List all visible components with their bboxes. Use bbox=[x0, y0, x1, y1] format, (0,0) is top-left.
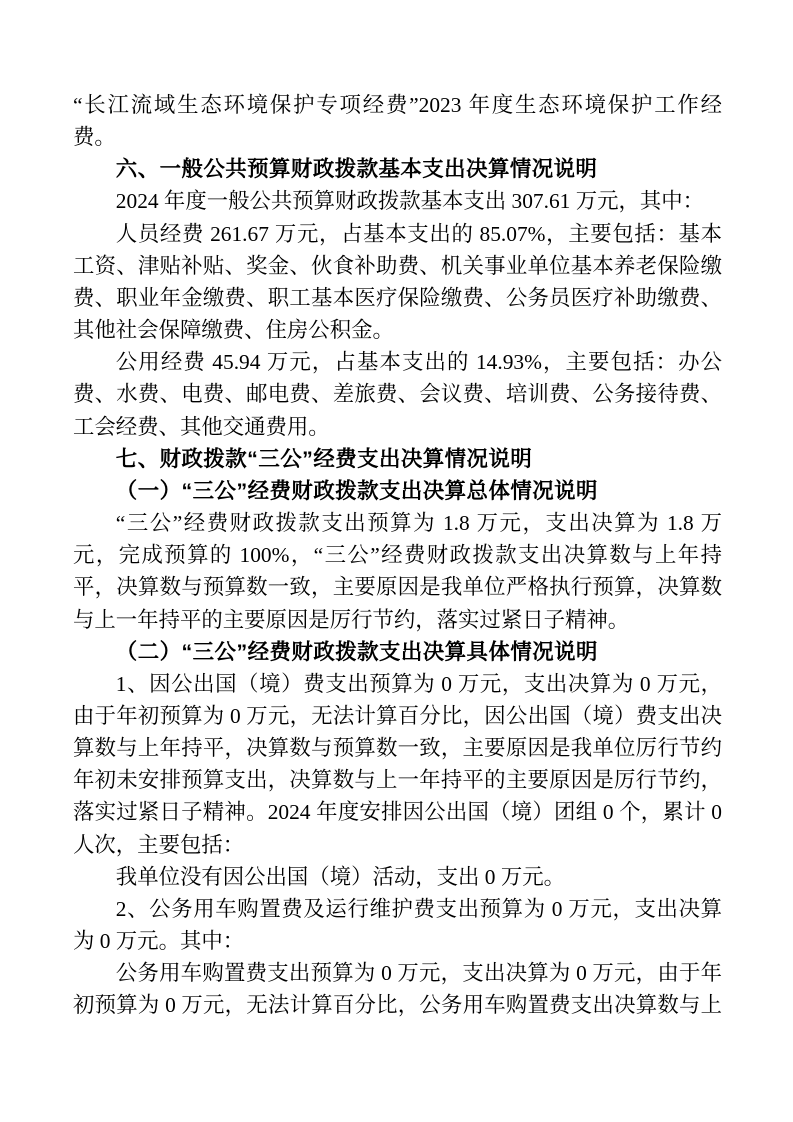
text-line: 与上一年持平的主要原因是厉行节约，落实过紧日子精神。 bbox=[73, 604, 722, 636]
body-paragraph: “三公”经费财政拨款支出预算为 1.8 万元，支出决算为 1.8 万元，完成预算… bbox=[73, 507, 722, 636]
text-line: 初预算为 0 万元，无法计算百分比，公务用车购置费支出决算数与上 bbox=[73, 989, 722, 1021]
section-heading: 六、一般公共预算财政拨款基本支出决算情况说明 bbox=[73, 153, 722, 185]
text-line: 公务用车购置费支出预算为 0 万元，支出决算为 0 万元，由于年 bbox=[73, 957, 722, 989]
text-line: “三公”经费财政拨款支出预算为 1.8 万元，支出决算为 1.8 万 bbox=[73, 507, 722, 539]
text-line: 由于年初预算为 0 万元，无法计算百分比，因公出国（境）费支出决 bbox=[73, 700, 722, 732]
text-line: 工会经费、其他交通费用。 bbox=[73, 411, 722, 443]
text-line: 为 0 万元。其中： bbox=[73, 925, 722, 957]
section-heading: （一）“三公”经费财政拨款支出决算总体情况说明 bbox=[73, 475, 722, 507]
text-line: 工资、津贴补贴、奖金、伙食补助费、机关事业单位基本养老保险缴 bbox=[73, 250, 722, 282]
body-paragraph: 2024 年度一般公共预算财政拨款基本支出 307.61 万元，其中： bbox=[73, 185, 722, 217]
body-paragraph: “长江流域生态环境保护专项经费”2023 年度生态环境保护工作经费。 bbox=[73, 89, 722, 153]
text-line: “长江流域生态环境保护专项经费”2023 年度生态环境保护工作经 bbox=[73, 89, 722, 121]
text-line: 2、公务用车购置费及运行维护费支出预算为 0 万元，支出决算 bbox=[73, 893, 722, 925]
text-line: 其他社会保障缴费、住房公积金。 bbox=[73, 314, 722, 346]
text-line: 人次，主要包括： bbox=[73, 829, 722, 861]
heading-paragraph: （二）“三公”经费财政拨款支出决算具体情况说明 bbox=[73, 636, 722, 668]
text-line: 平，决算数与预算数一致，主要原因是我单位严格执行预算，决算数 bbox=[73, 571, 722, 603]
body-paragraph: 我单位没有因公出国（境）活动，支出 0 万元。 bbox=[73, 861, 722, 893]
text-line: 费、职业年金缴费、职工基本医疗保险缴费、公务员医疗补助缴费、 bbox=[73, 282, 722, 314]
text-line: 人员经费 261.67 万元，占基本支出的 85.07%，主要包括：基本 bbox=[73, 218, 722, 250]
body-paragraph: 1、因公出国（境）费支出预算为 0 万元，支出决算为 0 万元，由于年初预算为 … bbox=[73, 668, 722, 861]
body-paragraph: 人员经费 261.67 万元，占基本支出的 85.07%，主要包括：基本工资、津… bbox=[73, 218, 722, 347]
heading-paragraph: 六、一般公共预算财政拨款基本支出决算情况说明 bbox=[73, 153, 722, 185]
text-line: 费。 bbox=[73, 121, 722, 153]
text-line: 我单位没有因公出国（境）活动，支出 0 万元。 bbox=[73, 861, 722, 893]
document-page: “长江流域生态环境保护专项经费”2023 年度生态环境保护工作经费。六、一般公共… bbox=[0, 0, 793, 1122]
heading-paragraph: （一）“三公”经费财政拨款支出决算总体情况说明 bbox=[73, 475, 722, 507]
body-paragraph: 公务用车购置费支出预算为 0 万元，支出决算为 0 万元，由于年初预算为 0 万… bbox=[73, 957, 722, 1021]
body-paragraph: 2、公务用车购置费及运行维护费支出预算为 0 万元，支出决算为 0 万元。其中： bbox=[73, 893, 722, 957]
text-line: 算数与上年持平，决算数与预算数一致，主要原因是我单位厉行节约 bbox=[73, 732, 722, 764]
text-line: 元，完成预算的 100%，“三公”经费财政拨款支出决算数与上年持 bbox=[73, 539, 722, 571]
text-line: 1、因公出国（境）费支出预算为 0 万元，支出决算为 0 万元， bbox=[73, 668, 722, 700]
text-line: 费、水费、电费、邮电费、差旅费、会议费、培训费、公务接待费、 bbox=[73, 378, 722, 410]
text-line: 落实过紧日子精神。2024 年度安排因公出国（境）团组 0 个，累计 0 bbox=[73, 796, 722, 828]
text-line: 2024 年度一般公共预算财政拨款基本支出 307.61 万元，其中： bbox=[73, 185, 722, 217]
text-line: 年初未安排预算支出，决算数与上一年持平的主要原因是厉行节约， bbox=[73, 764, 722, 796]
body-paragraph: 公用经费 45.94 万元，占基本支出的 14.93%，主要包括：办公费、水费、… bbox=[73, 346, 722, 442]
text-line: 公用经费 45.94 万元，占基本支出的 14.93%，主要包括：办公 bbox=[73, 346, 722, 378]
section-heading: 七、财政拨款“三公”经费支出决算情况说明 bbox=[73, 443, 722, 475]
heading-paragraph: 七、财政拨款“三公”经费支出决算情况说明 bbox=[73, 443, 722, 475]
section-heading: （二）“三公”经费财政拨款支出决算具体情况说明 bbox=[73, 636, 722, 668]
